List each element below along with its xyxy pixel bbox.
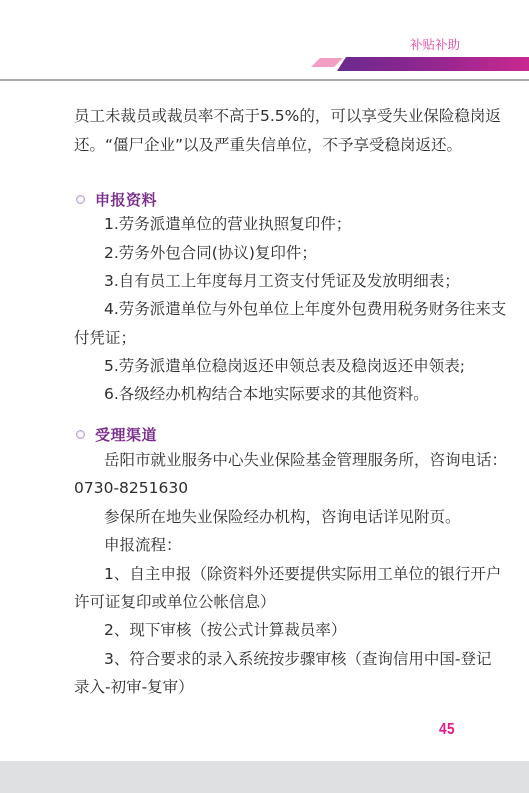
- list-item: 4.劳务派遣单位与外包单位上年度外包费用税务财务往来支: [104, 300, 462, 318]
- page-number: 45: [436, 721, 458, 739]
- section-heading-text: 申报资料: [95, 189, 157, 210]
- header-accent-stripe: [311, 58, 343, 67]
- process-step-continuation: 许可证复印或单位公帐信息）: [74, 593, 276, 611]
- list-item: 2.劳务外包合同(协议)复印件；: [104, 244, 317, 262]
- section-title: 补贴补助: [405, 37, 465, 53]
- list-item: 5.劳务派遣单位稳岗返还申领总表及稳岗返还申领表;: [104, 357, 465, 375]
- process-step: 1、自主申报（除资料外还要提供实际用工单位的银行开户: [104, 565, 462, 583]
- list-item-continuation: 付凭证；: [74, 329, 136, 347]
- process-step-continuation: 录入-初审-复审）: [74, 678, 194, 696]
- header-divider: [0, 79, 529, 81]
- text-line: 员工未裁员或裁员率不高于5.5%的，可以享受失业保险稳岗返: [74, 107, 462, 125]
- circle-bullet-icon: [76, 430, 85, 439]
- list-item: 1.劳务派遣单位的营业执照复印件；: [104, 215, 351, 233]
- list-item: 6.各级经办机构结合本地实际要求的其他资料。: [104, 385, 429, 403]
- process-step: 3、符合要求的录入系统按步骤审核（查询信用中国-登记: [104, 650, 462, 668]
- text-line: 参保所在地失业保险经办机构，咨询电话详见附页。: [104, 508, 461, 526]
- phone-number: 0730-8251630: [74, 479, 188, 497]
- text-line: 岳阳市就业服务中心失业保险基金管理服务所，咨询电话：: [104, 451, 462, 469]
- circle-bullet-icon: [76, 195, 85, 204]
- section-heading-text: 受理渠道: [95, 424, 157, 445]
- section-heading: 受理渠道: [76, 425, 157, 443]
- text-line: 申报流程：: [104, 536, 182, 554]
- text-line: 还。“僵尸企业”以及严重失信单位，不予享受稳岗返还。: [74, 136, 462, 154]
- section-heading: 申报资料: [76, 190, 157, 208]
- header-gradient-bar: [337, 57, 529, 71]
- list-item: 3.自有员工上年度每月工资支付凭证及发放明细表；: [104, 272, 460, 290]
- footer-band: [0, 761, 529, 793]
- process-step: 2、现下审核（按公式计算裁员率）: [104, 621, 346, 639]
